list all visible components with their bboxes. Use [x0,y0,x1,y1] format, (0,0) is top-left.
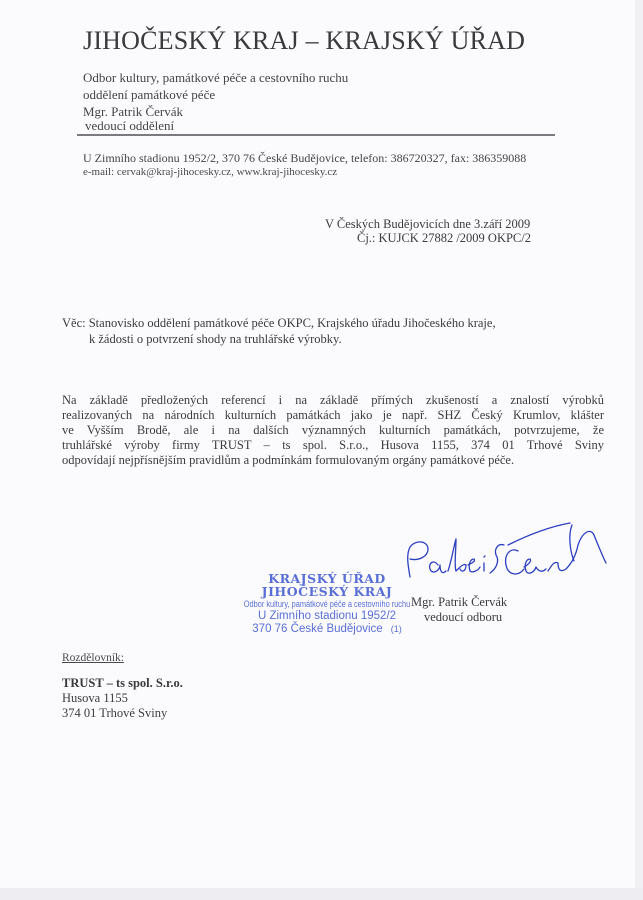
section-name: oddělení památkové péče [83,87,215,103]
body-line: truhlářské výroby firmy TRUST – ts spol.… [62,438,604,453]
body-line: Na základě předložených referencí i na z… [62,393,604,408]
recipient-city: 374 01 Trhové Sviny [62,706,167,721]
stamp-line: Odbor kultury, památkové péče a cestovní… [225,598,430,610]
header-position: vedoucí oddělení [85,118,174,134]
signatory-role: vedoucí odboru [424,610,502,625]
reference-number: Čj.: KUJCK 27882 /2009 OKPC/2 [357,231,531,246]
distribution-label: Rozdělovník: [62,652,124,664]
handwritten-signature-icon [398,515,608,595]
recipient-company: TRUST – ts spol. S.r.o. [62,676,183,691]
subject-line: Věc: Stanovisko oddělení památkové péče … [62,316,496,331]
header-divider [77,134,555,136]
letter-date: V Českých Budějovicích dne 3.září 2009 [325,217,530,232]
department-name: Odbor kultury, památkové péče a cestovní… [83,70,348,86]
letter-body: Na základě předložených referencí i na z… [62,393,604,468]
scan-edge [0,888,643,900]
office-address: U Zimního stadionu 1952/2, 370 76 České … [83,151,526,166]
office-contact: e-mail: cervak@kraj-jihocesky.cz, www.kr… [83,166,337,178]
letterhead-title: JIHOČESKÝ KRAJ – KRAJSKÝ ÚŘAD [83,26,525,56]
recipient-street: Husova 1155 [62,691,128,706]
stamp-number: (1) [391,624,402,634]
subject-line-continued: k žádosti o potvrzení shody na truhlářsk… [89,332,342,347]
body-line: ve Vyšším Brodě, ale i na dalších význam… [62,423,604,438]
stamp-city: 370 76 České Budějovice [252,623,382,635]
stamp-line: U Zimního stadionu 1952/2 [222,610,432,623]
body-line: odpovídají nejpřísnějším pravidlům a pod… [62,453,604,468]
letter-page: JIHOČESKÝ KRAJ – KRAJSKÝ ÚŘAD Odbor kult… [0,0,643,900]
stamp-line: 370 76 České Budějovice(1) [222,623,432,636]
signatory-name: Mgr. Patrik Červák [411,595,507,610]
body-line: realizovaných na národních kulturních pa… [62,408,604,423]
scan-edge [635,0,643,900]
